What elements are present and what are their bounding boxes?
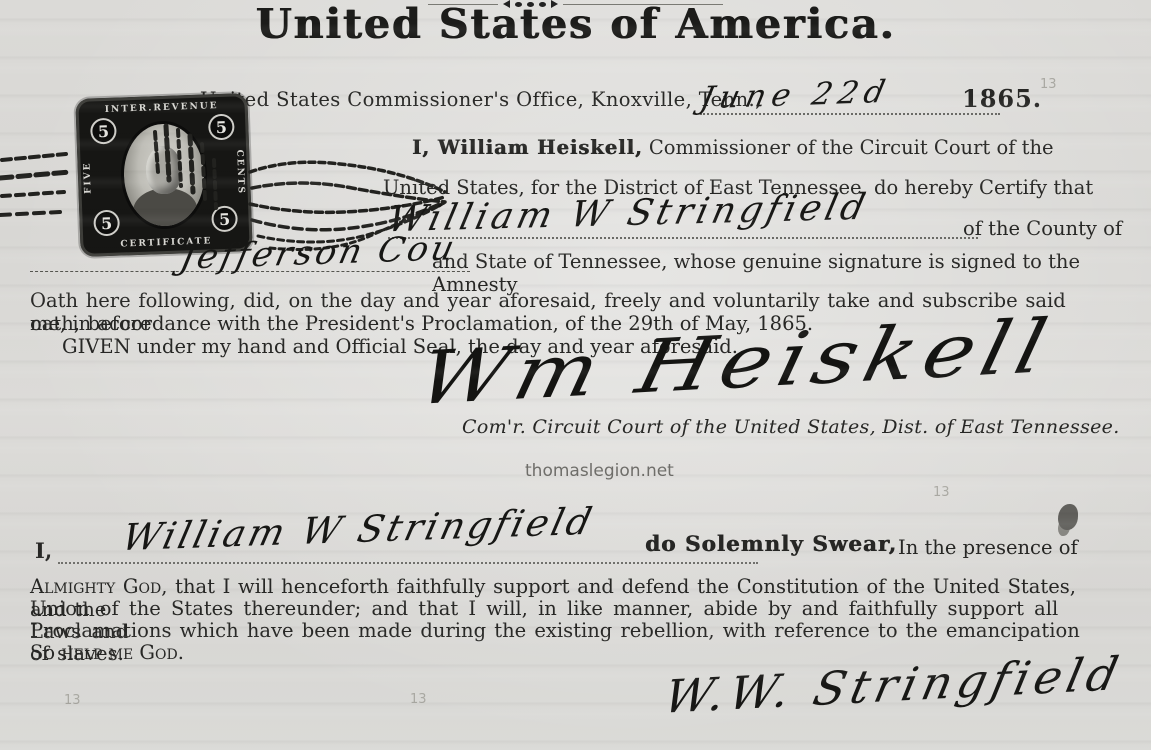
- archive-mark: 13: [1040, 77, 1057, 92]
- commissioner-title: Com'r. Circuit Court of the United State…: [462, 416, 1120, 438]
- oath-lead: I,: [35, 538, 52, 563]
- commissioner-name-printed: I, William Heiskell,: [412, 136, 643, 159]
- stamp-denomination: 5: [208, 114, 235, 141]
- ornament-dot-icon: [539, 2, 546, 7]
- office-line: United States Commissioner's Office, Kno…: [200, 88, 762, 111]
- printed-year: 1865.: [962, 84, 1042, 113]
- ornament-dot-icon: [527, 2, 534, 7]
- ornament-line: [563, 4, 723, 5]
- ornament-diamond-icon: [503, 0, 510, 8]
- archive-mark: 13: [64, 693, 81, 708]
- oath-body-line4: So help me God.: [30, 641, 184, 664]
- portrait-head: [145, 145, 183, 194]
- certification-intro: I, William Heiskell, Commissioner of the…: [412, 136, 1054, 159]
- archive-mark: 13: [933, 485, 950, 500]
- archive-mark: 13: [410, 692, 427, 707]
- county-label: of the County of: [963, 217, 1122, 240]
- revenue-stamp: INTER.REVENUE FIVE CENTS 5 5 5 5 CERTIFI…: [75, 93, 252, 257]
- oath-name-fill-line: [58, 562, 758, 564]
- help-me-god-label: help me God.: [61, 641, 184, 664]
- ornament-diamond-icon: [551, 0, 558, 8]
- stamp-denomination: 5: [90, 118, 117, 145]
- site-watermark: thomaslegion.net: [525, 461, 674, 481]
- stamp-left-label: FIVE: [82, 161, 93, 194]
- presence-label: In the presence of: [898, 536, 1078, 559]
- title-ornament: [0, 0, 1151, 8]
- stamp-denomination: 5: [211, 205, 238, 232]
- certification-intro-rest: Commissioner of the Circuit Court of the: [643, 136, 1054, 159]
- so-label: So: [30, 641, 61, 664]
- stamp-denomination: 5: [93, 210, 120, 237]
- almighty-god-label: Almighty God,: [30, 575, 167, 598]
- stamp-right-label: CENTS: [234, 149, 246, 195]
- solemnly-swear-label: do Solemnly Swear,: [645, 532, 897, 557]
- ornament-dot-icon: [515, 2, 522, 7]
- washington-portrait: [119, 120, 209, 231]
- ornament-line: [428, 4, 498, 5]
